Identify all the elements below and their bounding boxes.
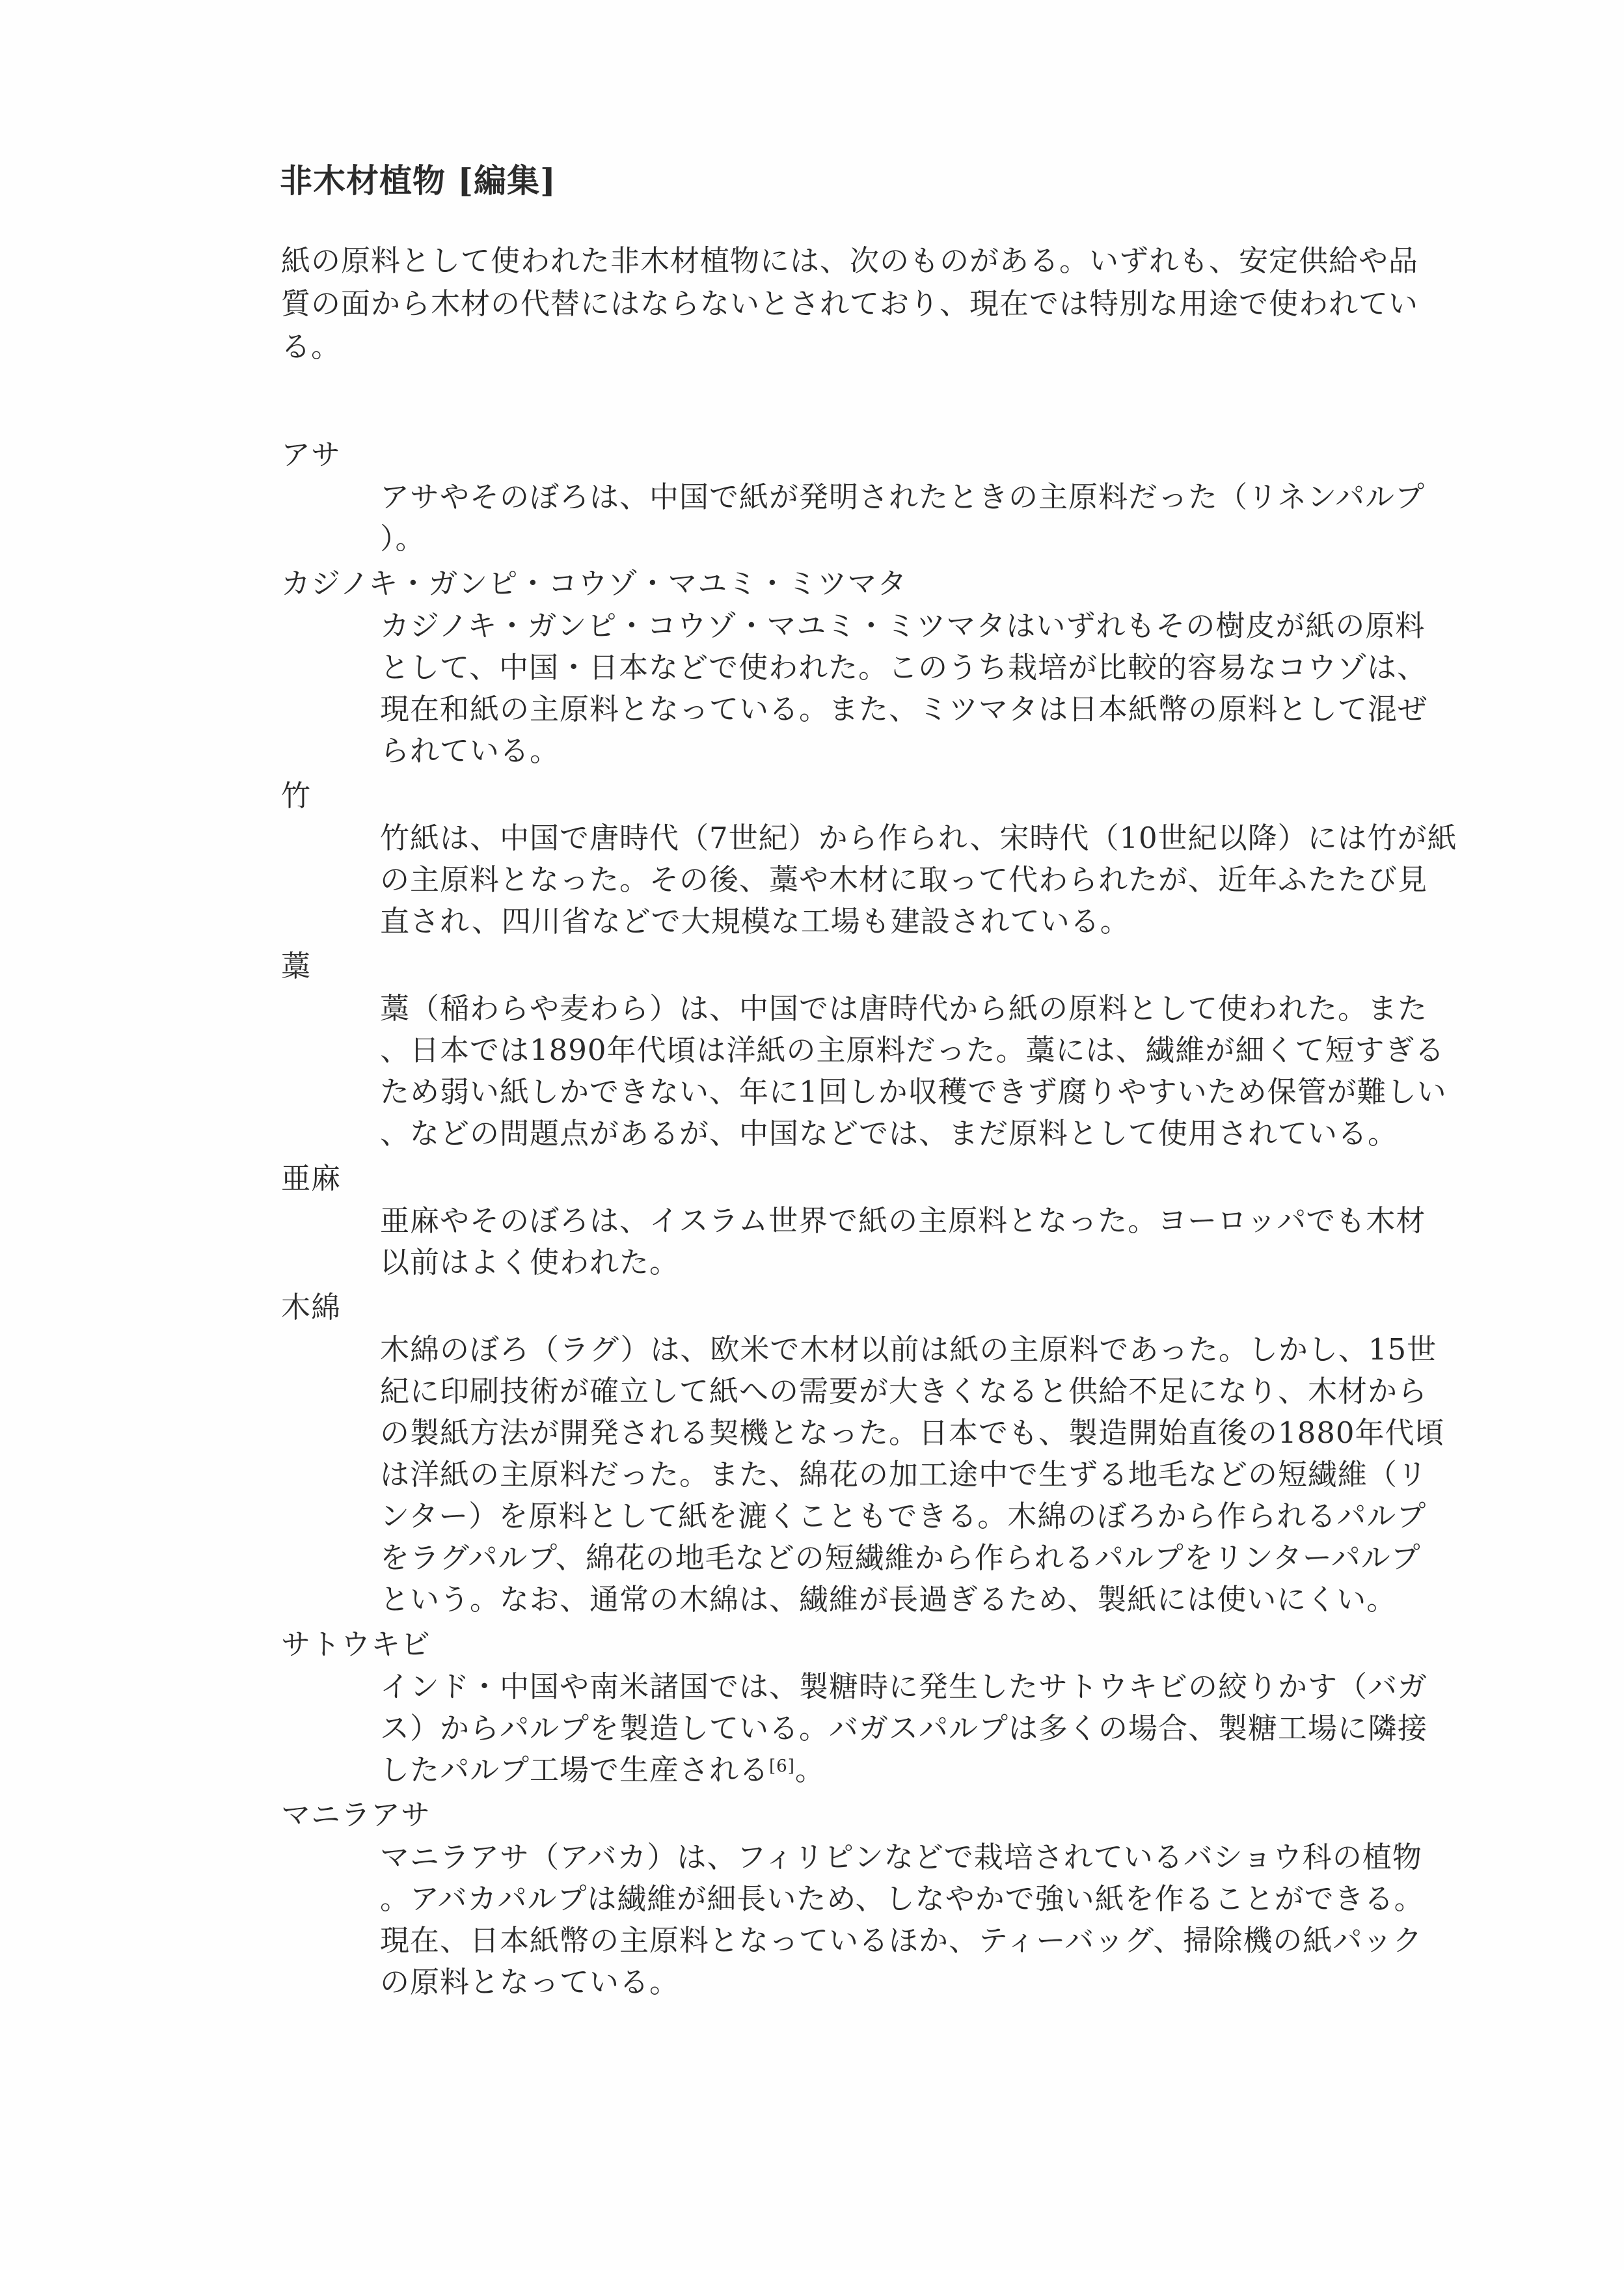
- text-line: られている。: [380, 730, 1537, 772]
- text-line: ンター）を原料として紙を漉くこともできる。木綿のぼろから作られるパルプ: [380, 1496, 1537, 1537]
- text-line: 以前はよく使われた。: [380, 1242, 1537, 1283]
- text-line: 藁（稲わらや麦わら）は、中国では唐時代から紙の原料として使われた。また: [380, 988, 1537, 1030]
- definition-flax: 亜麻やそのぼろは、イスラム世界で紙の主原料となった。ヨーロッパでも木材 以前はよ…: [380, 1199, 1537, 1287]
- term-cotton: 木綿: [281, 1287, 1537, 1328]
- text-line: の原料となっている。: [380, 1962, 1537, 2003]
- text-line: 木綿のぼろ（ラグ）は、欧米で木材以前は紙の主原料であった。しかし、15世: [380, 1329, 1537, 1371]
- text-line: の製紙方法が開発される契機となった。日本でも、製造開始直後の1880年代頃: [380, 1412, 1537, 1454]
- text-line: インド・中国や南米諸国では、製糖時に発生したサトウキビの絞りかす（バガ: [380, 1666, 1537, 1708]
- definition-manila-hemp: マニラアサ（アバカ）は、フィリピンなどで栽培されているバショウ科の植物 。アバカ…: [380, 1835, 1537, 2007]
- text-fragment: したパルプ工場で生産される: [380, 1753, 769, 1787]
- text-line: ス）からパルプを製造している。バガスパルプは多くの場合、製糖工場に隣接: [380, 1708, 1537, 1749]
- text-line: をラグパルプ、綿花の地毛などの短繊維から作られるパルプをリンターパルプ: [380, 1537, 1537, 1579]
- text-line: カジノキ・ガンピ・コウゾ・マユミ・ミツマタはいずれもその樹皮が紙の原料: [380, 605, 1537, 647]
- text-line: 紀に印刷技術が確立して紙への需要が大きくなると供給不足になり、木材から: [380, 1371, 1537, 1412]
- term-straw: 藁: [281, 946, 1537, 987]
- intro-paragraph: 紙の原料として使われた非木材植物には、次のものがある。いずれも、安定供給や品 質…: [281, 239, 1530, 368]
- text-line: アサやそのぼろは、中国で紙が発明されたときの主原料だった（リネンパルプ: [380, 476, 1537, 518]
- definition-bamboo: 竹紙は、中国で唐時代（7世紀）から作られ、宋時代（10世紀以降）には竹が紙 の主…: [380, 816, 1537, 946]
- term-flax: 亜麻: [281, 1158, 1537, 1199]
- text-line: ため弱い紙しかできない、年に1回しか収穫できず腐りやすいため保管が難しい: [380, 1071, 1537, 1113]
- text-line: 、日本では1890年代頃は洋紙の主原料だった。藁には、繊維が細くて短すぎる: [380, 1030, 1537, 1071]
- text-line: 竹紙は、中国で唐時代（7世紀）から作られ、宋時代（10世紀以降）には竹が紙: [380, 817, 1537, 859]
- text-fragment: 。: [795, 1753, 825, 1787]
- text-line: マニラアサ（アバカ）は、フィリピンなどで栽培されているバショウ科の植物: [380, 1837, 1537, 1878]
- document-page: 非木材植物 [編集] 紙の原料として使われた非木材植物には、次のものがある。いず…: [0, 0, 1624, 2270]
- text-line: 紙の原料として使われた非木材植物には、次のものがある。いずれも、安定供給や品: [281, 239, 1530, 282]
- text-line: 亜麻やそのぼろは、イスラム世界で紙の主原料となった。ヨーロッパでも木材: [380, 1200, 1537, 1242]
- text-line: の主原料となった。その後、藁や木材に取って代わられたが、近年ふたたび見: [380, 859, 1537, 901]
- term-asa: アサ: [281, 435, 1537, 475]
- text-line: 。アバカパルプは繊維が細長いため、しなやかで強い紙を作ることができる。: [380, 1878, 1537, 1920]
- text-line: という。なお、通常の木綿は、繊維が長過ぎるため、製紙には使いにくい。: [380, 1579, 1537, 1620]
- text-line: は洋紙の主原料だった。また、綿花の加工途中で生ずる地毛などの短繊維（リ: [380, 1454, 1537, 1496]
- text-line: 現在、日本紙幣の主原料となっているほか、ティーバッグ、掃除機の紙パック: [380, 1920, 1537, 1962]
- section-heading: 非木材植物 [編集]: [280, 155, 556, 202]
- term-kajinoki: カジノキ・ガンピ・コウゾ・マユミ・ミツマタ: [281, 564, 1537, 604]
- definition-list: アサ アサやそのぼろは、中国で紙が発明されたときの主原料だった（リネンパルプ ）…: [281, 435, 1537, 2007]
- definition-asa: アサやそのぼろは、中国で紙が発明されたときの主原料だった（リネンパルプ ）。: [380, 475, 1537, 564]
- definition-cotton: 木綿のぼろ（ラグ）は、欧米で木材以前は紙の主原料であった。しかし、15世 紀に印…: [380, 1328, 1537, 1624]
- text-line: 質の面から木材の代替にはならないとされており、現在では特別な用途で使われてい: [281, 282, 1530, 325]
- term-sugarcane: サトウキビ: [281, 1624, 1537, 1665]
- text-line: ）。: [380, 518, 1537, 560]
- text-line: として、中国・日本などで使われた。このうち栽培が比較的容易なコウゾは、: [380, 647, 1537, 689]
- section-title: 非木材植物: [280, 161, 446, 200]
- text-line: 、などの問題点があるが、中国などでは、まだ原料として使用されている。: [380, 1113, 1537, 1155]
- text-line: したパルプ工場で生産される[6]。: [380, 1749, 1537, 1791]
- edit-link[interactable]: [編集]: [457, 161, 556, 200]
- definition-straw: 藁（稲わらや麦わら）は、中国では唐時代から紙の原料として使われた。また 、日本で…: [380, 987, 1537, 1158]
- term-manila-hemp: マニラアサ: [281, 1795, 1537, 1835]
- term-bamboo: 竹: [281, 776, 1537, 816]
- text-line: 直され、四川省などで大規模な工場も建設されている。: [380, 901, 1537, 942]
- citation-link[interactable]: [6]: [769, 1757, 795, 1776]
- definition-kajinoki: カジノキ・ガンピ・コウゾ・マユミ・ミツマタはいずれもその樹皮が紙の原料 として、…: [380, 604, 1537, 776]
- text-line: る。: [281, 325, 1530, 368]
- definition-sugarcane: インド・中国や南米諸国では、製糖時に発生したサトウキビの絞りかす（バガ ス）から…: [380, 1665, 1537, 1795]
- text-line: 現在和紙の主原料となっている。また、ミツマタは日本紙幣の原料として混ぜ: [380, 689, 1537, 730]
